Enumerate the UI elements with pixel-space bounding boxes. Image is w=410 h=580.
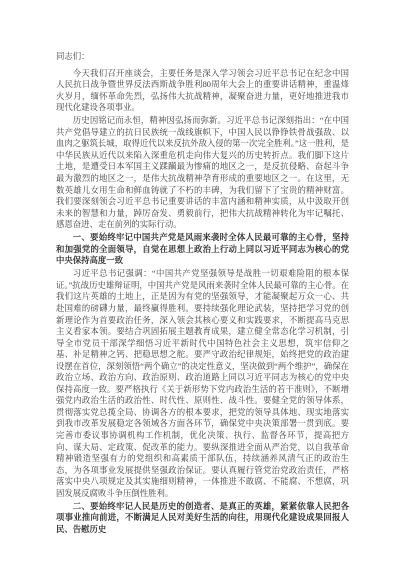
- section-heading-2: 二、要始终牢记人民是历史的创造者、是真正的英雄，紧紧依靠人民把各项事业推向前进，…: [56, 501, 349, 536]
- section-heading-1: 一、要始终牢记中国共产党是风雨来袭时全体人民最可靠的主心骨，坚持和加强党的全面领…: [56, 232, 349, 267]
- paragraph-history: 历史因铭记而永恒，精神因弘扬而弥新。习近平总书记深刻指出：“在中国共产党倡导建立…: [56, 115, 349, 230]
- salutation: 同志们：: [56, 51, 349, 63]
- document-page: 同志们： 今天我们召开座谈会，主要任务是深入学习领会习近平总书记在纪念中国人民抗…: [0, 0, 410, 580]
- paragraph-section-1-body: 习近平总书记强调：“中国共产党坚强领导是战胜一切艰难险阻的根本保证。”抗战历史雄…: [56, 268, 349, 499]
- paragraph-intro: 今天我们召开座谈会，主要任务是深入学习领会习近平总书记在纪念中国人民抗日战争暨世…: [56, 68, 349, 114]
